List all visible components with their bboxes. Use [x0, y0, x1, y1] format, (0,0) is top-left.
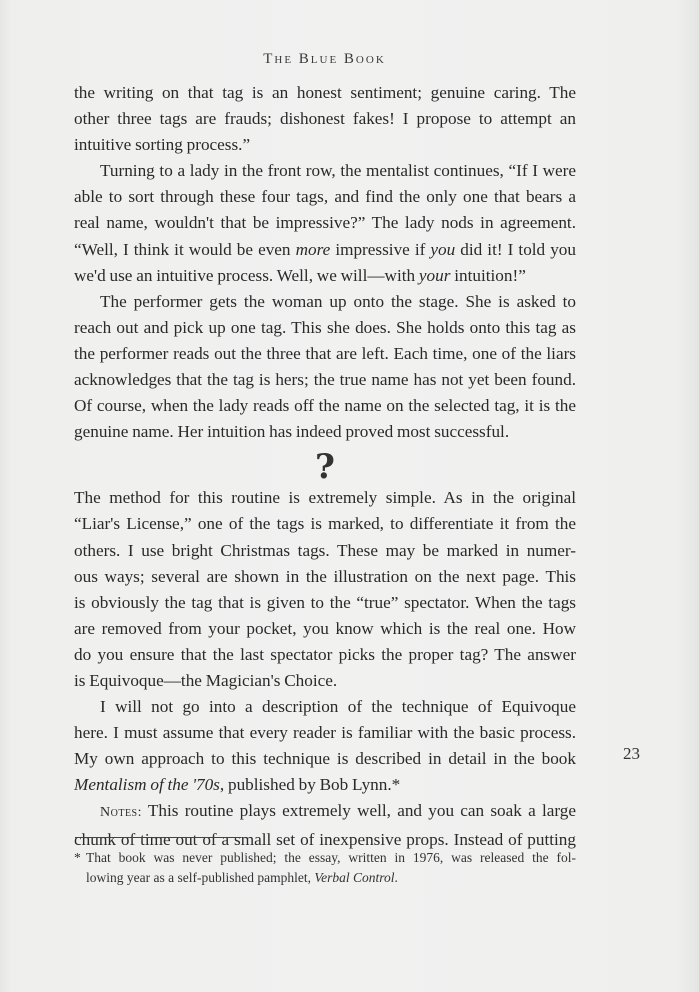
text-line: genuine name. Her intuition has indeed p… — [74, 419, 576, 445]
text-line: I will not go into a description of the … — [74, 694, 576, 720]
text-line: the writing on that tag is an honest sen… — [74, 80, 576, 106]
paragraph-6: Notes: This routine plays extremely well… — [74, 798, 576, 852]
book-title: Mentalism of the '70s — [74, 775, 220, 794]
text-line: Mentalism of the '70s, published by Bob … — [74, 772, 576, 798]
text-run: did it! I told you — [455, 240, 576, 259]
text-line: is Equivoque—the Magician's Choice. — [74, 668, 576, 694]
text-line: is obviously the tag that is given to th… — [74, 590, 576, 616]
footnote-marker: * — [74, 848, 86, 868]
notes-label: Notes: — [100, 805, 142, 820]
emphasis: more — [296, 240, 331, 259]
text-line: do you ensure that the last spectator pi… — [74, 642, 576, 668]
text-line: acknowledges that the tag is hers; the t… — [74, 367, 576, 393]
body-text: the writing on that tag is an honest sen… — [74, 80, 576, 853]
page-number: 23 — [623, 744, 640, 764]
text-line: we'd use an intuitive process. Well, we … — [74, 263, 576, 289]
text-line: Of course, when the lady reads off the n… — [74, 393, 576, 419]
text-line: ous ways; several are shown in the illus… — [74, 564, 576, 590]
footnote-line: lowing year as a self-published pamphlet… — [74, 868, 576, 888]
text-line: The performer gets the woman up onto the… — [74, 289, 576, 315]
paragraph-1: the writing on that tag is an honest sen… — [74, 80, 576, 158]
footnote-divider — [75, 837, 241, 838]
text-line: Turning to a lady in the front row, the … — [74, 158, 576, 184]
text-line: other three tags are frauds; dishonest f… — [74, 106, 576, 132]
text-line: real name, wouldn't that be impressive?”… — [74, 210, 576, 236]
text-line: are removed from your pocket, you know w… — [74, 616, 576, 642]
footnote: *That book was never published; the essa… — [74, 848, 576, 888]
book-page: The Blue Book the writing on that tag is… — [0, 0, 699, 992]
text-run: , published by Bob Lynn.* — [220, 775, 400, 794]
text-run: “Well, I think it would be even — [74, 240, 296, 259]
footnote-line: *That book was never published; the essa… — [74, 848, 576, 868]
text-run: intuition!” — [450, 266, 525, 285]
text-line: My own approach to this technique is des… — [74, 746, 576, 772]
text-line: “Well, I think it would be even more imp… — [74, 237, 576, 263]
paragraph-5: I will not go into a description of the … — [74, 694, 576, 798]
running-head: The Blue Book — [0, 51, 649, 68]
pamphlet-title: Verbal Control — [314, 870, 394, 885]
text-line: the performer reads out the three that a… — [74, 341, 576, 367]
emphasis: you — [430, 240, 455, 259]
text-run: impressive if — [330, 240, 430, 259]
paragraph-4: The method for this routine is extremely… — [74, 485, 576, 694]
text-line: Notes: This routine plays extremely well… — [74, 798, 576, 826]
text-run: lowing year as a self-published pamphlet… — [86, 870, 314, 885]
text-line: reach out and pick up one tag. This she … — [74, 315, 576, 341]
paragraph-2: Turning to a lady in the front row, the … — [74, 158, 576, 288]
text-line: The method for this routine is extremely… — [74, 485, 576, 511]
text-line: intuitive sorting process.” — [74, 132, 576, 158]
question-mark-section-divider: ? — [74, 447, 576, 487]
text-run: This routine plays extremely well, and y… — [142, 801, 576, 820]
emphasis: your — [419, 266, 451, 285]
text-run: . — [394, 870, 397, 885]
text-run: That book was never published; the essay… — [86, 850, 576, 865]
text-run: we'd use an intuitive process. Well, we … — [74, 266, 419, 285]
text-line: here. I must assume that every reader is… — [74, 720, 576, 746]
text-line: “Liar's License,” one of the tags is mar… — [74, 511, 576, 537]
text-line: others. I use bright Christmas tags. The… — [74, 538, 576, 564]
paragraph-3: The performer gets the woman up onto the… — [74, 289, 576, 446]
text-line: able to sort through these four tags, an… — [74, 184, 576, 210]
